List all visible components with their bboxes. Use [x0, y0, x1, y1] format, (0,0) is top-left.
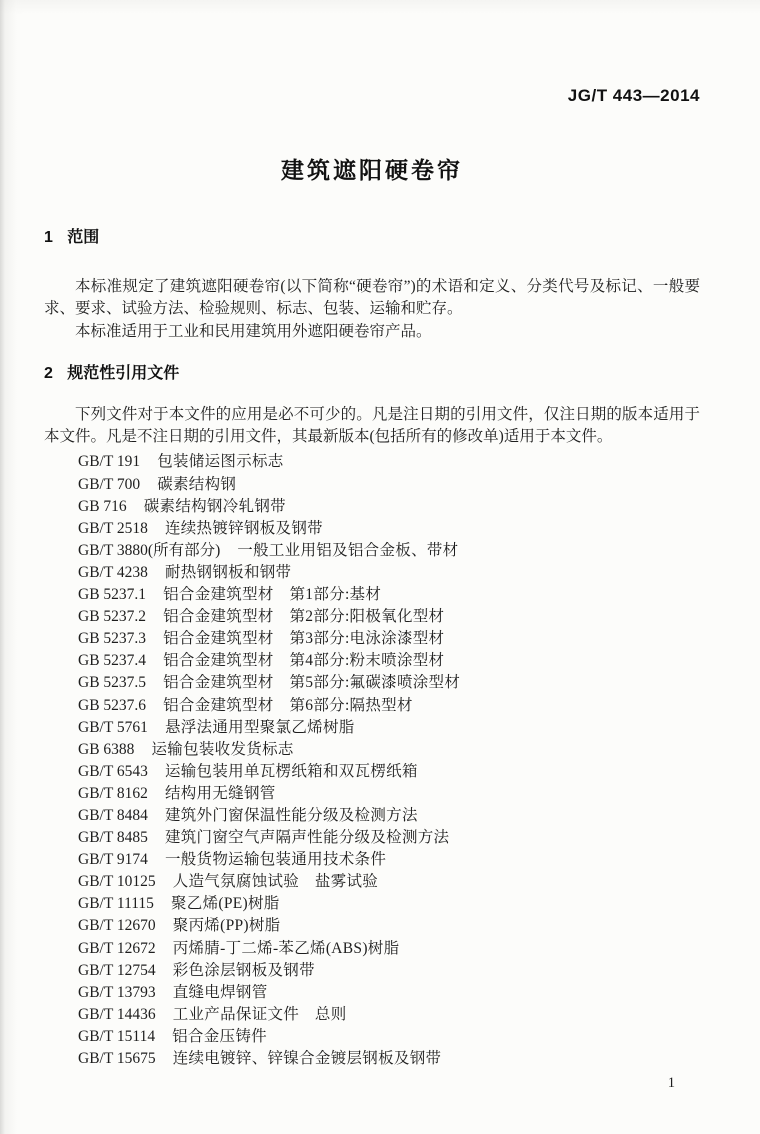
reference-code: GB/T 8162: [78, 785, 148, 802]
reference-code: GB/T 11115: [78, 895, 154, 912]
reference-title: 铝合金建筑型材 第4部分:粉末喷涂型材: [163, 652, 444, 669]
scope-paragraph-2: 本标准适用于工业和民用建筑用外遮阳硬卷帘产品。: [44, 321, 700, 343]
reference-title: 结构用无缝钢管: [165, 785, 276, 802]
reference-code: GB 5237.5: [78, 674, 146, 691]
reference-item: GB/T 5761悬浮法通用型聚氯乙烯树脂: [78, 717, 700, 739]
reference-code: GB 5237.6: [78, 697, 146, 714]
reference-code: GB/T 9174: [78, 851, 148, 868]
reference-title: 悬浮法通用型聚氯乙烯树脂: [165, 719, 355, 736]
reference-title: 人造气氛腐蚀试验 盐雾试验: [173, 873, 378, 890]
reference-title: 铝合金建筑型材 第3部分:电泳涂漆型材: [163, 630, 444, 647]
reference-code: GB/T 14436: [78, 1006, 156, 1023]
page-content: JG/T 443—2014 建筑遮阳硬卷帘 1范围 本标准规定了建筑遮阳硬卷帘(…: [0, 0, 760, 1092]
reference-title: 建筑外门窗保温性能分级及检测方法: [165, 807, 418, 824]
section-2-heading: 2规范性引用文件: [44, 363, 700, 384]
reference-code: GB/T 10125: [78, 873, 156, 890]
reference-title: 一般货物运输包装通用技术条件: [165, 851, 386, 868]
reference-code: GB/T 6543: [78, 763, 148, 780]
reference-code: GB/T 8485: [78, 829, 148, 846]
reference-code: GB/T 191: [78, 453, 140, 470]
reference-item: GB/T 12672丙烯腈-丁二烯-苯乙烯(ABS)树脂: [78, 938, 700, 960]
reference-code: GB/T 5761: [78, 719, 148, 736]
page-number: 1: [44, 1074, 700, 1092]
reference-title: 连续热镀锌钢板及钢带: [165, 520, 323, 537]
reference-item: GB/T 15675连续电镀锌、锌镍合金镀层钢板及钢带: [78, 1048, 700, 1070]
reference-title: 包装储运图示标志: [157, 453, 283, 470]
scope-paragraph-1: 本标准规定了建筑遮阳硬卷帘(以下简称“硬卷帘”)的术语和定义、分类代号及标记、一…: [44, 276, 700, 321]
reference-item: GB/T 2518连续热镀锌钢板及钢带: [78, 518, 700, 540]
reference-item: GB/T 11115聚乙烯(PE)树脂: [78, 893, 700, 915]
reference-item: GB/T 15114铝合金压铸件: [78, 1026, 700, 1048]
section-1-number: 1: [44, 229, 53, 246]
reference-title: 丙烯腈-丁二烯-苯乙烯(ABS)树脂: [173, 940, 400, 957]
document-page: JG/T 443—2014 建筑遮阳硬卷帘 1范围 本标准规定了建筑遮阳硬卷帘(…: [0, 0, 760, 1134]
reference-item: GB 5237.4铝合金建筑型材 第4部分:粉末喷涂型材: [78, 650, 700, 672]
reference-code: GB/T 8484: [78, 807, 148, 824]
reference-item: GB/T 8485建筑门窗空气声隔声性能分级及检测方法: [78, 827, 700, 849]
reference-title: 铝合金建筑型材 第6部分:隔热型材: [163, 697, 413, 714]
reference-item: GB 5237.3铝合金建筑型材 第3部分:电泳涂漆型材: [78, 628, 700, 650]
reference-item: GB 5237.1铝合金建筑型材 第1部分:基材: [78, 584, 700, 606]
reference-code: GB 5237.1: [78, 586, 146, 603]
reference-title: 铝合金建筑型材 第5部分:氟碳漆喷涂型材: [163, 674, 460, 691]
reference-item: GB 6388运输包装收发货标志: [78, 739, 700, 761]
reference-item: GB/T 6543运输包装用单瓦楞纸箱和双瓦楞纸箱: [78, 761, 700, 783]
reference-item: GB/T 8484建筑外门窗保温性能分级及检测方法: [78, 805, 700, 827]
reference-item: GB 5237.2铝合金建筑型材 第2部分:阳极氧化型材: [78, 606, 700, 628]
reference-title: 聚乙烯(PE)树脂: [171, 895, 280, 912]
reference-code: GB 5237.2: [78, 608, 146, 625]
reference-code: GB/T 12670: [78, 917, 156, 934]
reference-title: 建筑门窗空气声隔声性能分级及检测方法: [165, 829, 449, 846]
reference-code: GB 6388: [78, 741, 134, 758]
reference-item: GB 5237.6铝合金建筑型材 第6部分:隔热型材: [78, 695, 700, 717]
reference-title: 彩色涂层钢板及钢带: [173, 962, 315, 979]
references-intro-paragraph: 下列文件对于本文件的应用是必不可少的。凡是注日期的引用文件，仅注日期的版本适用于…: [44, 404, 700, 449]
reference-code: GB/T 3880(所有部分): [78, 542, 220, 559]
reference-item: GB/T 191包装储运图示标志: [78, 451, 700, 473]
standard-number-header: JG/T 443—2014: [44, 0, 700, 106]
section-1-title: 范围: [67, 229, 99, 246]
reference-code: GB/T 2518: [78, 520, 148, 537]
section-1-heading: 1范围: [44, 227, 700, 248]
reference-item: GB/T 13793直缝电焊钢管: [78, 982, 700, 1004]
reference-code: GB 5237.3: [78, 630, 146, 647]
reference-title: 碳素结构钢冷轧钢带: [144, 498, 286, 515]
reference-title: 连续电镀锌、锌镍合金镀层钢板及钢带: [173, 1050, 442, 1067]
reference-item: GB/T 4238耐热钢钢板和钢带: [78, 562, 700, 584]
reference-title: 运输包装用单瓦楞纸箱和双瓦楞纸箱: [165, 763, 418, 780]
reference-item: GB/T 14436工业产品保证文件 总则: [78, 1004, 700, 1026]
section-2-number: 2: [44, 365, 53, 382]
reference-item: GB 5237.5铝合金建筑型材 第5部分:氟碳漆喷涂型材: [78, 672, 700, 694]
reference-item: GB/T 8162结构用无缝钢管: [78, 783, 700, 805]
reference-code: GB 716: [78, 498, 127, 515]
reference-code: GB/T 700: [78, 476, 140, 493]
reference-title: 工业产品保证文件 总则: [173, 1006, 347, 1023]
reference-title: 一般工业用铝及铝合金板、带材: [237, 542, 458, 559]
reference-item: GB/T 10125人造气氛腐蚀试验 盐雾试验: [78, 871, 700, 893]
section-2-title: 规范性引用文件: [67, 365, 179, 382]
reference-code: GB/T 12754: [78, 962, 156, 979]
reference-title: 铝合金建筑型材 第2部分:阳极氧化型材: [163, 608, 444, 625]
reference-title: 铝合金压铸件: [172, 1028, 267, 1045]
reference-item: GB/T 9174一般货物运输包装通用技术条件: [78, 849, 700, 871]
reference-code: GB/T 15114: [78, 1028, 155, 1045]
reference-item: GB/T 12670聚丙烯(PP)树脂: [78, 915, 700, 937]
reference-title: 铝合金建筑型材 第1部分:基材: [163, 586, 381, 603]
references-list: GB/T 191包装储运图示标志GB/T 700碳素结构钢GB 716碳素结构钢…: [44, 451, 700, 1070]
reference-title: 耐热钢钢板和钢带: [165, 564, 291, 581]
reference-title: 碳素结构钢: [157, 476, 236, 493]
reference-item: GB/T 700碳素结构钢: [78, 474, 700, 496]
reference-code: GB/T 12672: [78, 940, 156, 957]
reference-code: GB/T 13793: [78, 984, 156, 1001]
reference-title: 直缝电焊钢管: [173, 984, 268, 1001]
document-title: 建筑遮阳硬卷帘: [44, 155, 700, 185]
reference-item: GB 716碳素结构钢冷轧钢带: [78, 496, 700, 518]
reference-item: GB/T 3880(所有部分)一般工业用铝及铝合金板、带材: [78, 540, 700, 562]
reference-code: GB/T 15675: [78, 1050, 156, 1067]
reference-item: GB/T 12754彩色涂层钢板及钢带: [78, 960, 700, 982]
reference-code: GB/T 4238: [78, 564, 148, 581]
reference-title: 运输包装收发货标志: [151, 741, 293, 758]
reference-code: GB 5237.4: [78, 652, 146, 669]
reference-title: 聚丙烯(PP)树脂: [173, 917, 281, 934]
